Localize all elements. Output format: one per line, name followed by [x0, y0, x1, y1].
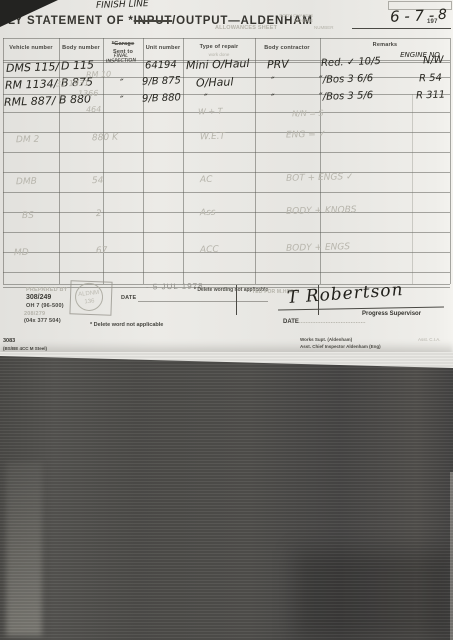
phone-number: (04x 377 504)	[24, 318, 61, 324]
distribution-line-1: Works Supt. (Aldenham)	[300, 337, 352, 342]
col-header-garage-struck: *Garage	[112, 41, 135, 47]
ghost-fragment-c: 1366	[78, 89, 99, 99]
ghost-row2-c4: BOT + ENGS ✓	[286, 172, 354, 184]
row3-ditto-sent-to: ″	[120, 95, 124, 106]
ghost-subtitle: ALLOWANCES SHEET	[215, 25, 277, 31]
date-label-2: DATE....................................…	[283, 319, 366, 325]
title-struck-word: INPUT	[134, 15, 173, 27]
row1-remarks: Red. ✓ 10/5	[321, 56, 381, 69]
col-header-type: Type of repair	[200, 44, 239, 50]
ghost-row4-c4: BODY + ENGS	[286, 242, 350, 254]
ghost-row1-c3: W.E.T	[200, 132, 225, 143]
col-header-vehicle: Vehicle number	[9, 45, 52, 51]
date-year-printed: 197	[427, 19, 438, 25]
prepared-by-ghost: PREPARED BY	[26, 287, 68, 293]
bottom-code-2: (BS/BE 4CC M Steel)	[3, 346, 47, 351]
title-prefix: LY STATEMENT OF *	[8, 15, 134, 27]
row2-remarks: ″/Bos 3 6/6	[319, 73, 373, 86]
dark-corner-shade	[293, 550, 453, 640]
ghost-row3-c3: Ass	[200, 208, 216, 218]
scanned-document: FINISH LINE LY STATEMENT OF *INPUT/OUTPU…	[0, 0, 453, 640]
distribution-line-2: Asst. Chief Inspector Aldenham (Eng)	[300, 344, 381, 349]
stamp-text-2: 136	[84, 298, 95, 305]
ghost-fragment-f: N/N = S	[292, 109, 324, 119]
row2-ditto-contractor: ″	[271, 76, 275, 87]
scanner-background-band	[0, 352, 453, 640]
signature-role: Progress Supervisor	[362, 311, 421, 317]
ghost-fragment-e: W + T	[198, 107, 223, 117]
row3-vehicle: RML 887/	[4, 94, 56, 109]
row2-vehicle: RM 1134/	[5, 77, 58, 92]
form-reference: OH 7 (96-500)	[26, 303, 64, 309]
ghost-row2-c1: DMB	[16, 177, 37, 188]
ghost-row3-c2: 2	[96, 209, 102, 219]
row2-engine: R 54	[419, 73, 442, 85]
ghost-row2-c2: 54	[92, 176, 104, 186]
row1-type: Mini O/Haul	[186, 57, 250, 72]
signature-line	[278, 307, 444, 311]
paper-sheet: FINISH LINE LY STATEMENT OF *INPUT/OUTPU…	[0, 0, 453, 362]
ghost-number-label: NUMBER	[314, 25, 334, 30]
col-header-remarks: Remarks	[373, 42, 398, 48]
date-year-digit: 8	[438, 7, 447, 23]
col-header-body: Body number	[62, 45, 100, 51]
ghost-row1-c1: DM 2	[16, 135, 40, 146]
row3-unit: 9/B 880	[142, 92, 181, 104]
phone-ghost: 208/279	[24, 311, 45, 317]
light-strip-left	[6, 462, 42, 636]
row1-contractor: PRV	[267, 58, 289, 72]
row3-engine: R 311	[416, 89, 446, 101]
ghost-row4-c3: ACC	[200, 245, 219, 255]
row2-unit: 9/B 875	[142, 75, 181, 87]
distribution-line-3: Asst. C.I.A.	[418, 337, 441, 342]
ghost-row4-c2: 67	[96, 246, 108, 256]
delete-word-note: * Delete word not applicable	[90, 322, 163, 328]
ghost-row3-c4: BODY + KNOBS	[286, 205, 357, 217]
form-number: 308/249	[26, 294, 51, 301]
ghost-vehicle-block: BODY CHASSIS VEHICLE	[277, 13, 313, 23]
ghost-work-done: work done	[209, 52, 230, 57]
row3-remarks: ″/Bos 3 5/6	[319, 90, 373, 103]
date-underline	[352, 28, 451, 29]
ghost-row4-c1: MD	[14, 248, 29, 258]
col-header-contractor: Body contractor	[264, 45, 309, 51]
ghost-fragment-b: RM 10	[86, 70, 111, 80]
bottom-code-1: 3083	[3, 338, 15, 344]
date-label: DATE	[121, 295, 136, 301]
approval-stamp: ALDNM 136	[69, 280, 112, 315]
ghost-row3-c1: BS	[22, 211, 34, 221]
row1-sent-to: FINAL INSPECTION	[101, 53, 141, 64]
ghost-fragment-a: 31 1931	[56, 79, 89, 89]
row1-vehicle: DMS 115/	[6, 60, 60, 75]
paper-edge-wedge	[0, 352, 453, 368]
ghost-row2-c3: AC	[200, 175, 213, 185]
ghost-fragment-d: 464	[86, 105, 102, 114]
row1-engine: N/W	[423, 55, 444, 67]
footer-divider-1	[236, 285, 237, 315]
date-fill-line	[138, 301, 268, 302]
ghost-row1-c4: ENG = ✓	[286, 129, 326, 140]
row3-ditto-type: ″	[204, 93, 208, 104]
row1-unit: 64194	[145, 59, 177, 71]
row2-ditto-sent-to: ″	[120, 78, 124, 89]
handwritten-annotation: FINISH LINE	[96, 0, 149, 11]
row3-ditto-contractor: ″	[271, 93, 275, 104]
stamp-text-1: ALDNM	[78, 290, 100, 298]
col-header-unit: Unit number	[146, 45, 181, 51]
row2-type: O/Haul	[196, 75, 234, 89]
ghost-row1-c2: 880 K	[92, 133, 118, 144]
stamp-circle: ALDNM 136	[74, 282, 105, 313]
